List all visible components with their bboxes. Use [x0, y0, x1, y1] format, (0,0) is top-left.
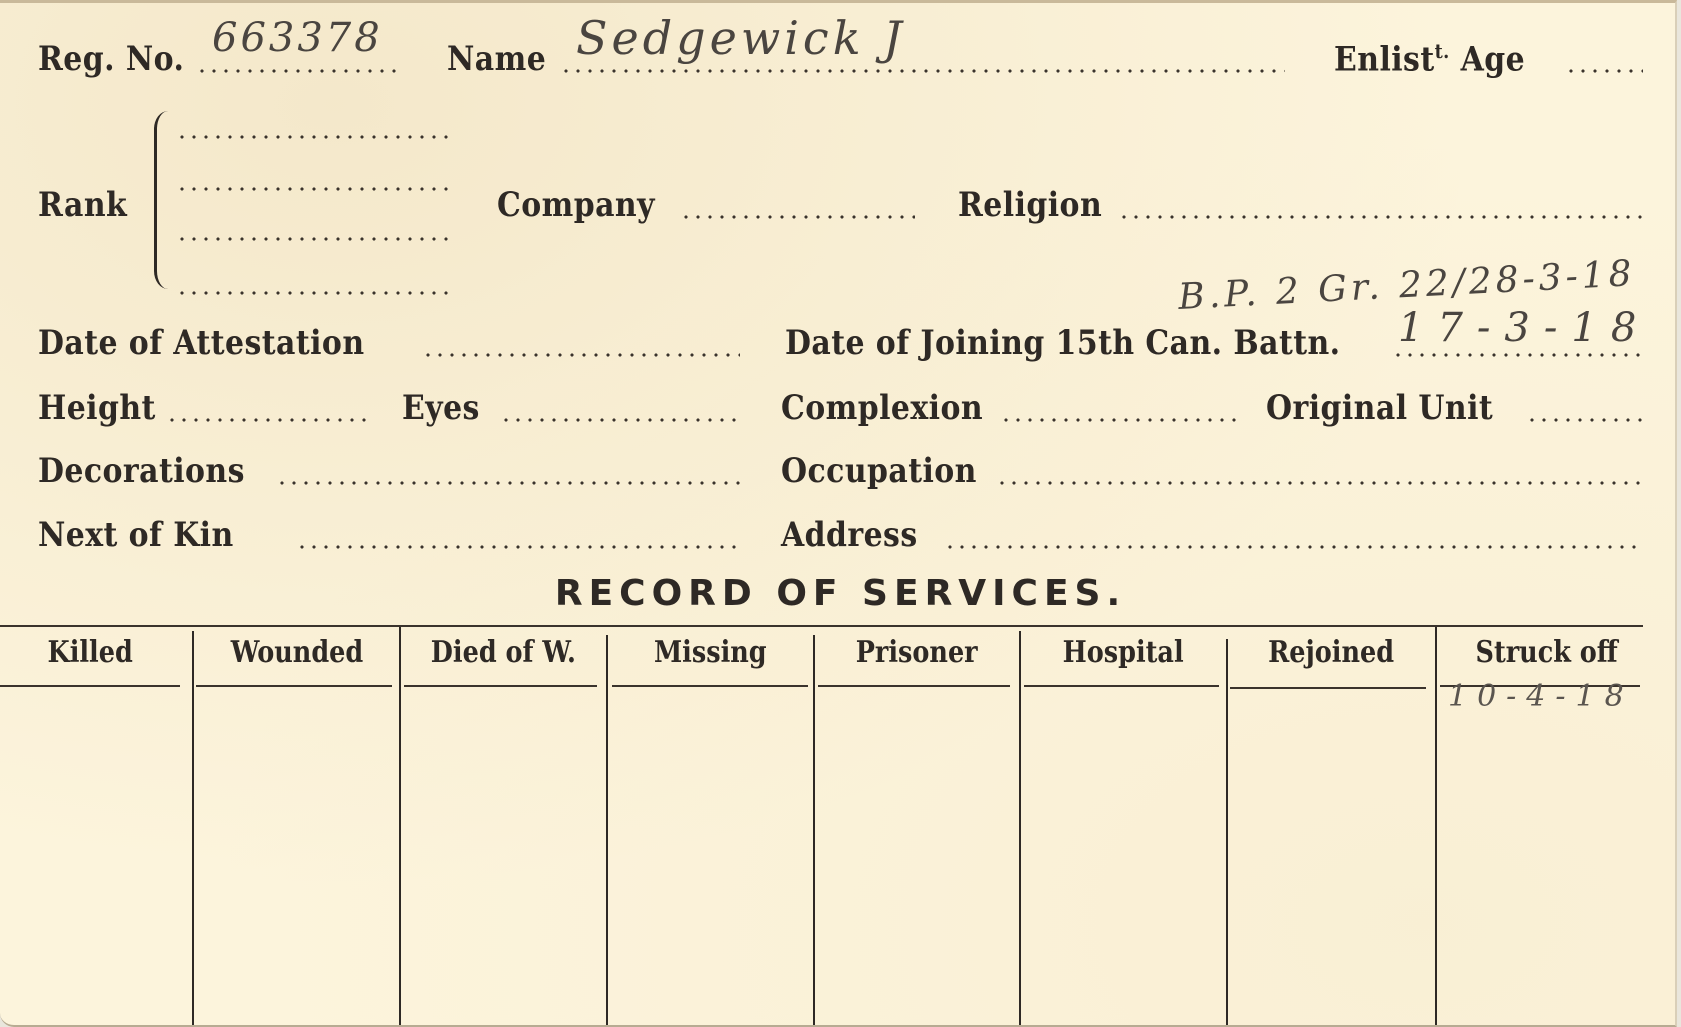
address-label: Address [781, 515, 918, 555]
decorations-label: Decorations [38, 451, 245, 491]
company-dotted-line[interactable] [680, 215, 915, 219]
column-header-struck-off: Struck off [1437, 635, 1657, 670]
address-dotted-line[interactable] [944, 545, 1644, 549]
height-label: Height [38, 388, 156, 428]
header-underline [196, 685, 392, 687]
religion-dotted-line[interactable] [1118, 215, 1644, 219]
reg-no-label: Reg. No. [38, 39, 184, 79]
column-header-prisoner: Prisoner [815, 635, 1019, 670]
company-label: Company [497, 185, 655, 225]
rank-brace [154, 111, 175, 289]
complexion-label: Complexion [781, 388, 983, 428]
reg-no-value[interactable]: 663378 [212, 15, 383, 61]
column-divider [1019, 631, 1021, 1025]
next-of-kin-dotted-line[interactable] [296, 545, 740, 549]
column-header-wounded: Wounded [194, 635, 399, 670]
name-value[interactable]: Sedgewick J [576, 11, 906, 65]
name-label: Name [447, 39, 546, 79]
rank-label: Rank [38, 185, 127, 225]
next-of-kin-label: Next of Kin [38, 515, 234, 555]
header-underline [1024, 685, 1219, 687]
header-underline [1230, 687, 1426, 689]
rank-line-1[interactable] [176, 135, 456, 139]
column-divider [1226, 639, 1228, 1025]
enlist-age-dotted-line[interactable] [1565, 69, 1643, 73]
column-header-rejoined: Rejoined [1228, 635, 1435, 670]
header-underline [612, 685, 808, 687]
column-divider [813, 635, 815, 1025]
complexion-dotted-line[interactable] [1000, 418, 1240, 422]
enlist-age-label: Enlistt. Age [1334, 39, 1525, 79]
height-dotted-line[interactable] [166, 418, 366, 422]
occupation-label: Occupation [781, 451, 977, 491]
occupation-dotted-line[interactable] [996, 481, 1644, 485]
religion-label: Religion [958, 185, 1102, 225]
original-unit-dotted-line[interactable] [1526, 418, 1644, 422]
date-of-joining-dotted-line [1392, 353, 1644, 357]
date-of-attestation-dotted-line[interactable] [422, 353, 740, 357]
column-divider [1435, 627, 1437, 1025]
date-of-joining-label: Date of Joining 15th Can. Battn. [785, 323, 1341, 363]
header-underline [818, 685, 1010, 687]
record-of-services-title: RECORD OF SERVICES. [0, 573, 1681, 614]
table-top-rule [0, 625, 1643, 627]
decorations-dotted-line[interactable] [276, 481, 740, 485]
date-of-attestation-label: Date of Attestation [38, 323, 365, 363]
name-dotted-line [560, 69, 1285, 73]
header-underline [0, 685, 180, 687]
column-divider [192, 631, 194, 1025]
cell-struck-off[interactable]: 10-4-18 [1448, 679, 1634, 714]
original-unit-label: Original Unit [1266, 388, 1493, 428]
rank-line-4[interactable] [176, 291, 456, 295]
header-underline [404, 685, 597, 687]
date-of-joining-value[interactable]: 17-3-18 [1398, 305, 1650, 351]
column-header-killed: Killed [0, 635, 180, 670]
rank-line-2[interactable] [176, 187, 456, 191]
eyes-label: Eyes [402, 388, 480, 428]
column-header-missing: Missing [608, 635, 813, 670]
column-divider [399, 627, 401, 1025]
column-header-hospital: Hospital [1021, 635, 1226, 670]
service-record-card: Reg. No. 663378 Name Sedgewick J Enlistt… [0, 0, 1677, 1027]
column-header-died-of-wounds: Died of W. [401, 635, 606, 670]
rank-line-3[interactable] [176, 237, 456, 241]
reg-no-dotted-line [196, 69, 404, 73]
column-divider [606, 635, 608, 1025]
eyes-dotted-line[interactable] [500, 418, 740, 422]
